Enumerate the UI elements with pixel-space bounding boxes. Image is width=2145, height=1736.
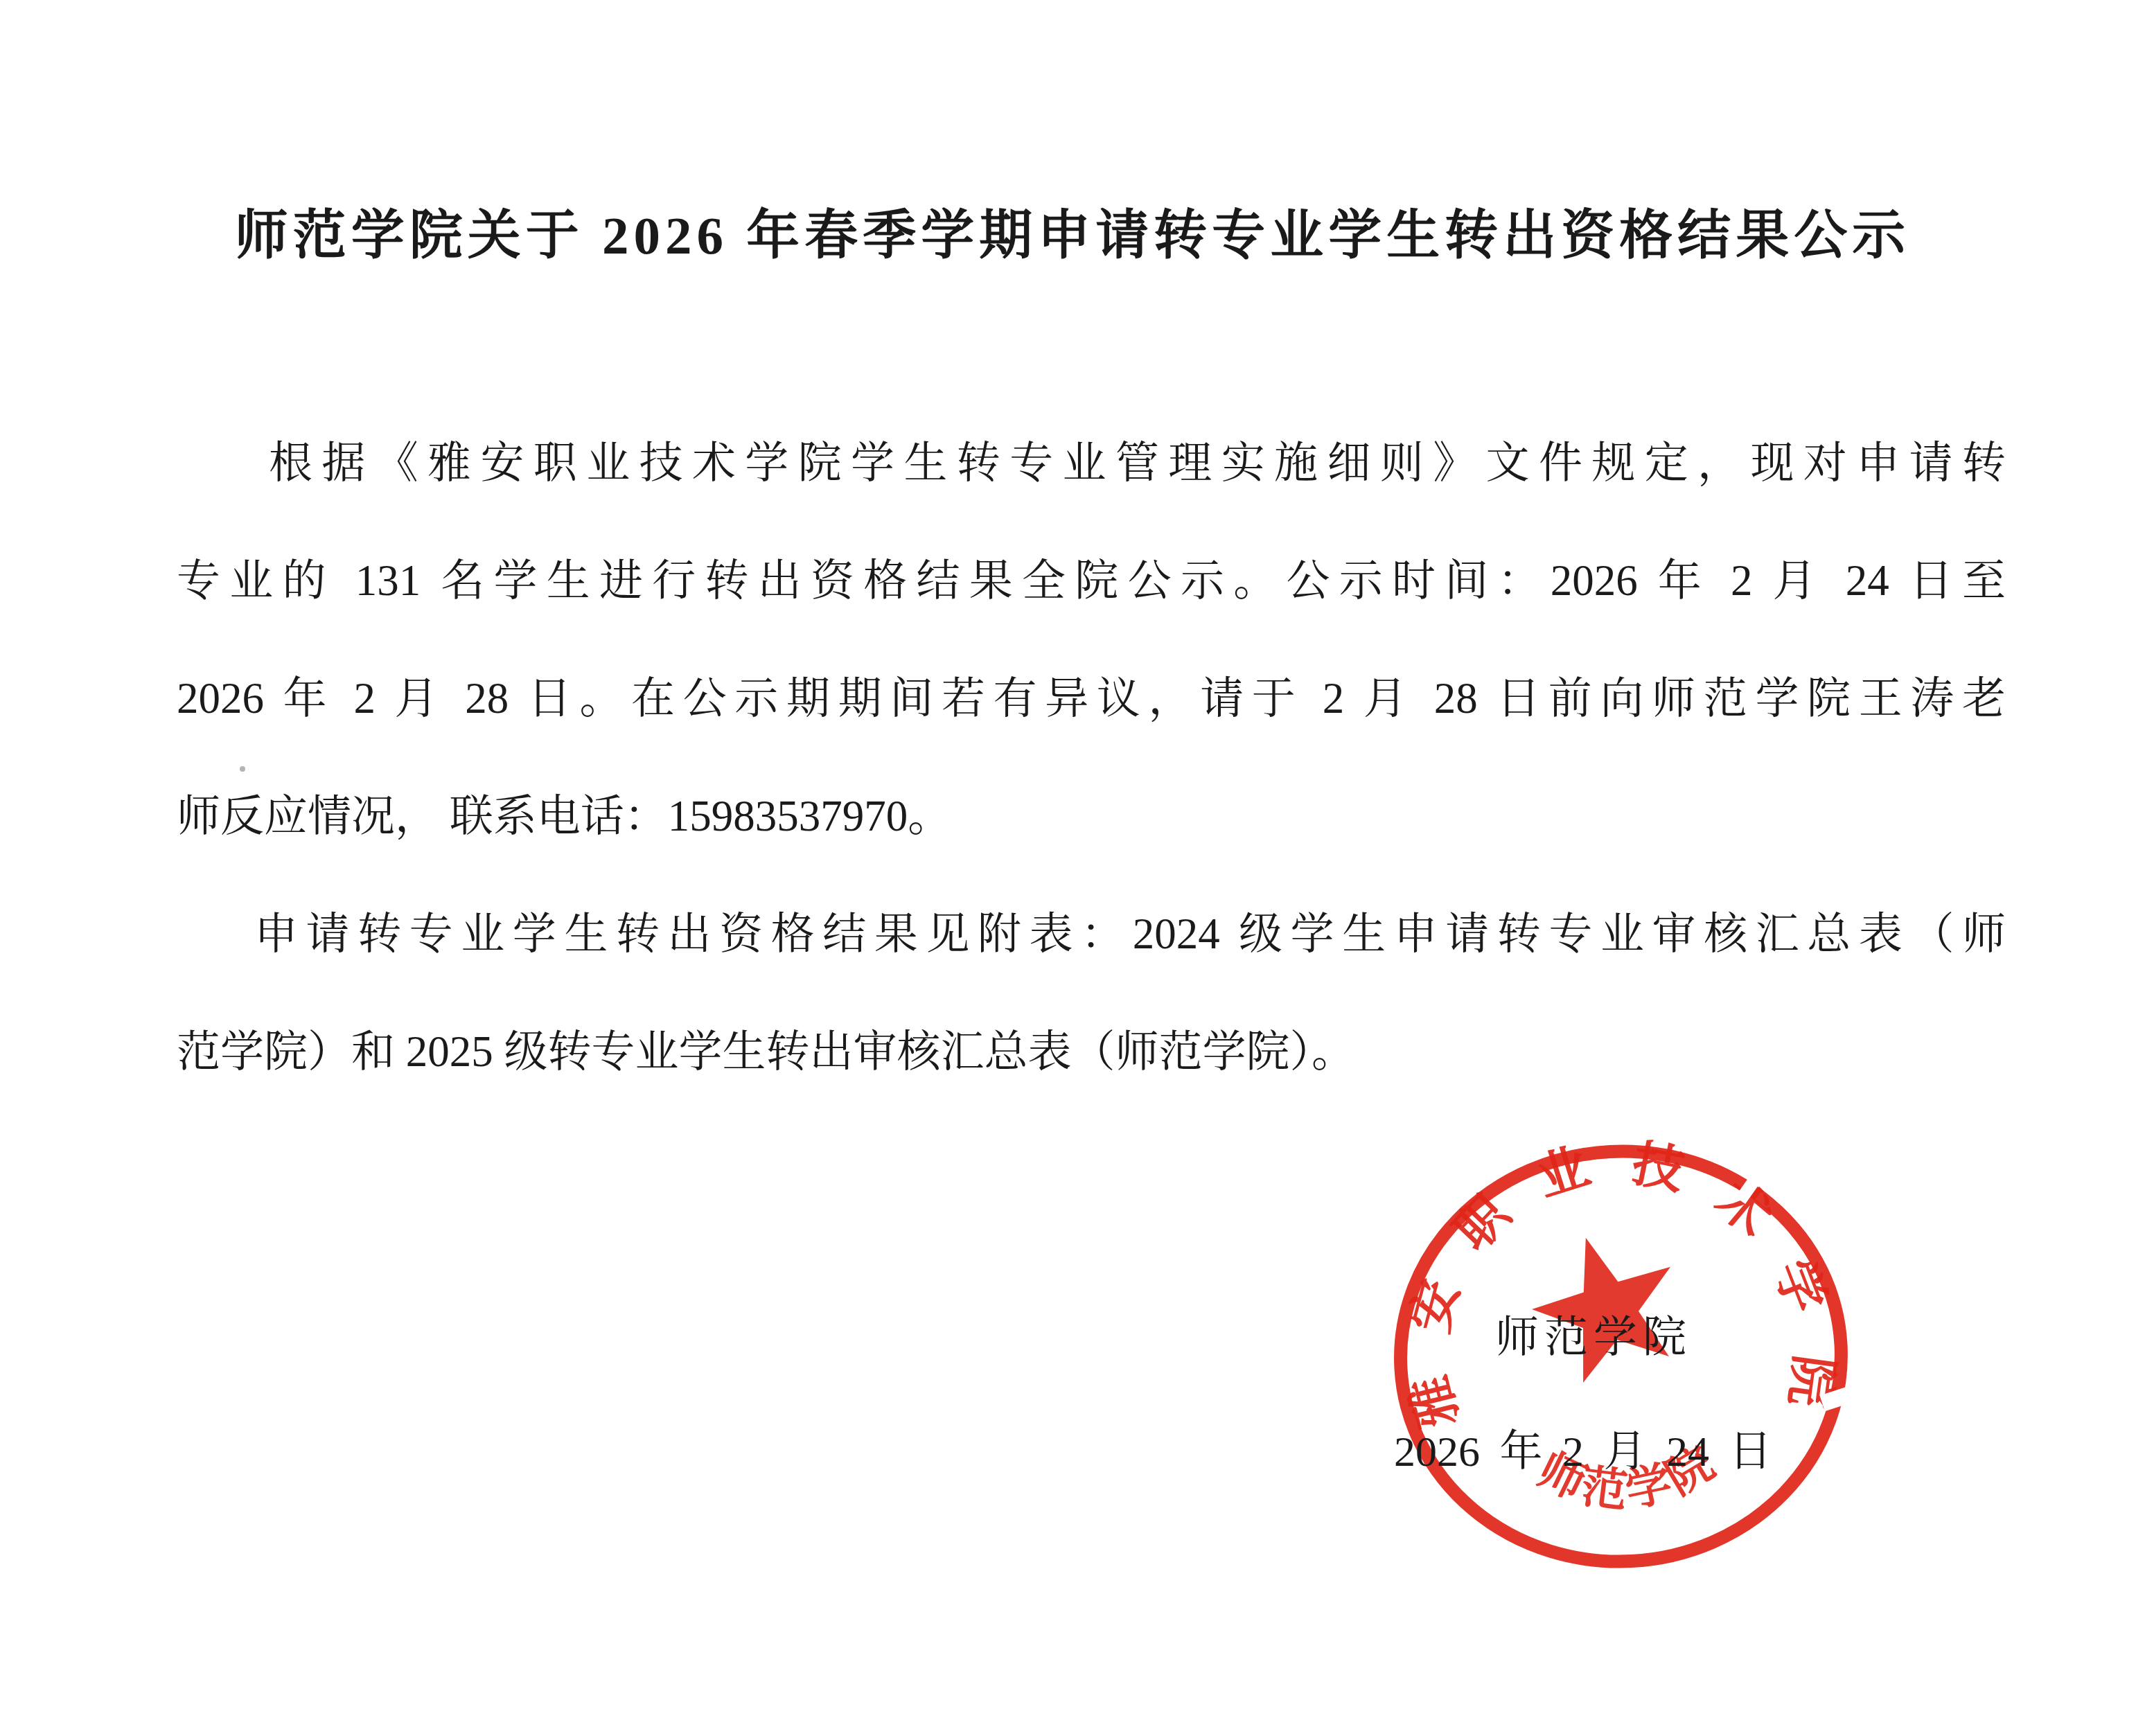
paragraph2-line1: 申请转专业学生转出资格结果见附表：2024 级学生申请转专业审核汇总表（师 [177, 910, 2006, 958]
paragraph1-line1: 根据《雅安职业技术学院学生转专业管理实施细则》文件规定，现对申请转 [177, 439, 2006, 487]
signature-date: 2026 年 2 月 24 日 [1394, 1417, 1772, 1478]
paragraph1-line3: 2026 年 2 月 28 日。在公示期期间若有异议，请于 2 月 28 日前向… [177, 674, 2006, 723]
scan-artifact-dot [240, 766, 245, 772]
paragraph1-line2: 专业的 131 名学生进行转出资格结果全院公示。公示时间：2026 年 2 月 … [177, 556, 2006, 605]
paragraph2-line2: 范学院）和 2025 级转专业学生转出审核汇总表（师范学院）。 [177, 1027, 2006, 1076]
paragraph1-line4: 师反应情况， 联系电话：15983537970。 [177, 792, 2006, 840]
document-page: 师范学院关于 2026 年春季学期申请转专业学生转出资格结果公示 根据《雅安职业… [0, 0, 2145, 1736]
signature-department: 师范学院 [1495, 1302, 1692, 1365]
page-title: 师范学院关于 2026 年春季学期申请转专业学生转出资格结果公示 [0, 193, 2145, 269]
